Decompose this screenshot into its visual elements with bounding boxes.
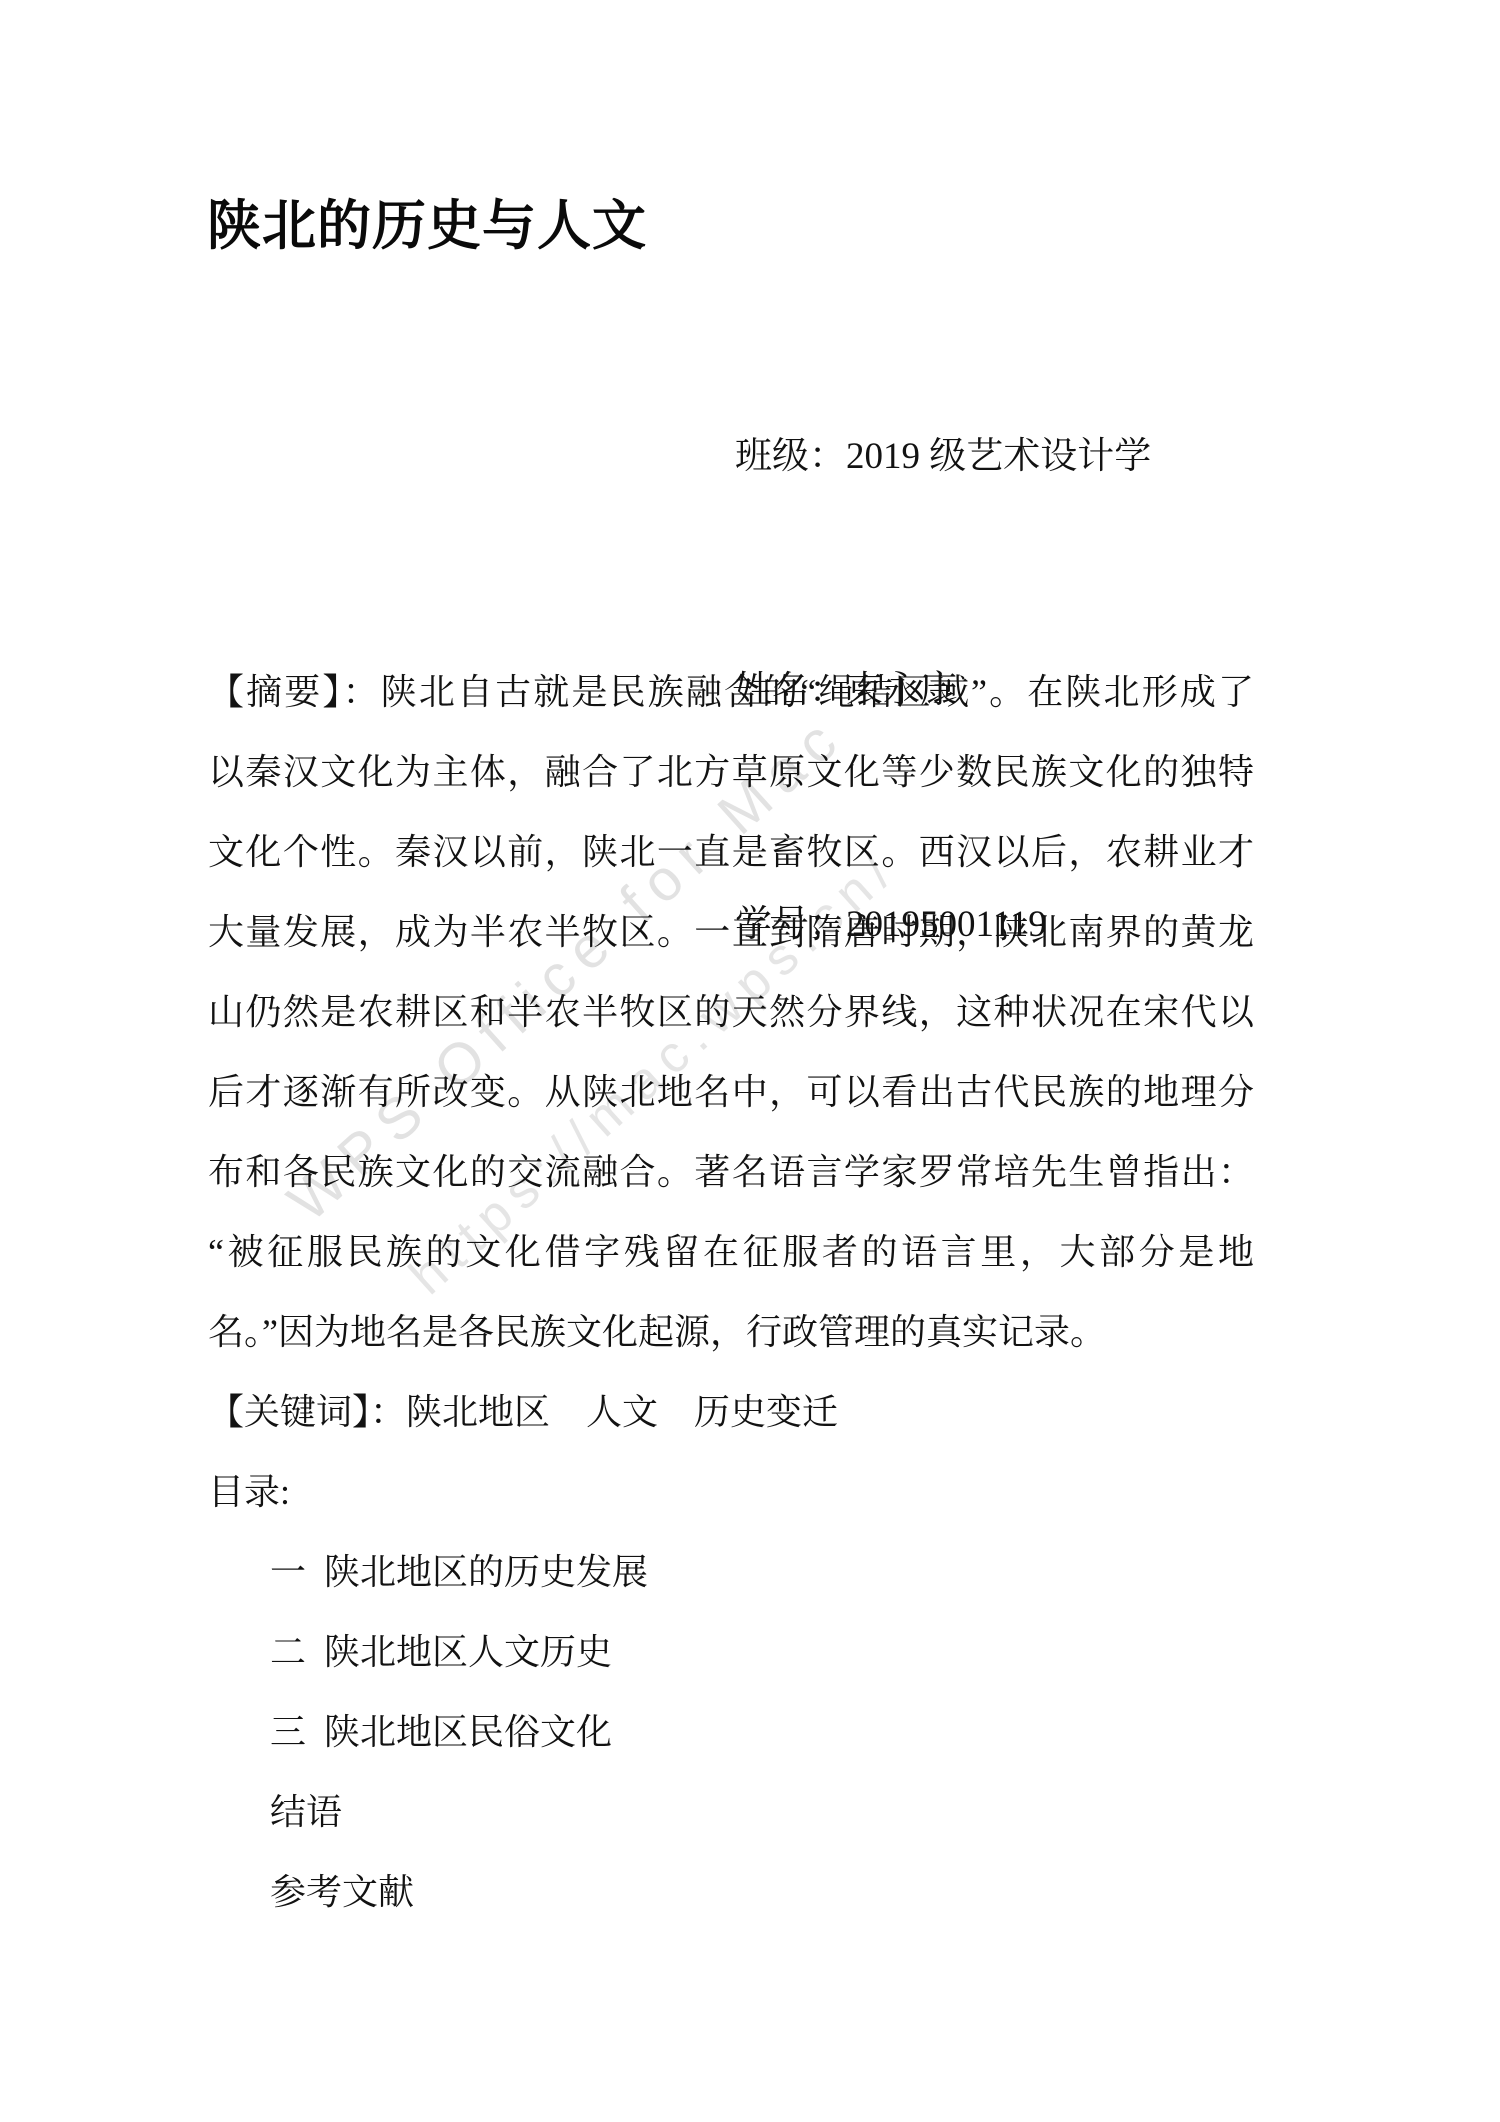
toc-item: 结语 — [208, 1772, 1254, 1852]
abstract-line: 布和各民族文化的交流融合。著名语言学家罗常培先生曾指出： — [208, 1132, 1254, 1212]
toc-item: 一 陕北地区的历史发展 — [208, 1532, 1254, 1612]
keywords-line: 【关键词】：陕北地区 人文 历史变迁 — [208, 1372, 1254, 1452]
abstract-line: “被征服民族的文化借字残留在征服者的语言里，大部分是地 — [208, 1212, 1254, 1292]
abstract-line: 名。”因为地名是各民族文化起源，行政管理的真实记录。 — [208, 1292, 1254, 1372]
class-line: 班级：2019 级艺术设计学 — [735, 418, 1151, 496]
document-body: 【摘要】：陕北自古就是民族融合的“绳结区域”。在陕北形成了以秦汉文化为主体，融合… — [208, 652, 1254, 1932]
abstract-line: 大量发展，成为半农半牧区。一直到隋唐时期，陕北南界的黄龙 — [208, 892, 1254, 972]
toc-item: 二 陕北地区人文历史 — [208, 1612, 1254, 1692]
toc-item: 参考文献 — [208, 1852, 1254, 1932]
table-of-contents: 一 陕北地区的历史发展二 陕北地区人文历史三 陕北地区民俗文化结语参考文献 — [208, 1532, 1254, 1932]
abstract-line: 以秦汉文化为主体，融合了北方草原文化等少数民族文化的独特 — [208, 732, 1254, 812]
document-page: WPS Office for Mac https://mac.wps.cn/ 陕… — [0, 0, 1500, 2122]
abstract-line: 【摘要】：陕北自古就是民族融合的“绳结区域”。在陕北形成了 — [208, 652, 1254, 732]
page-title: 陕北的历史与人文 — [207, 183, 647, 260]
abstract-paragraph: 【摘要】：陕北自古就是民族融合的“绳结区域”。在陕北形成了以秦汉文化为主体，融合… — [208, 652, 1254, 1372]
abstract-line: 山仍然是农耕区和半农半牧区的天然分界线，这种状况在宋代以 — [208, 972, 1254, 1052]
abstract-line: 后才逐渐有所改变。从陕北地名中，可以看出古代民族的地理分 — [208, 1052, 1254, 1132]
toc-title: 目录: — [208, 1452, 1254, 1532]
toc-item: 三 陕北地区民俗文化 — [208, 1692, 1254, 1772]
abstract-line: 文化个性。秦汉以前，陕北一直是畜牧区。西汉以后，农耕业才 — [208, 812, 1254, 892]
